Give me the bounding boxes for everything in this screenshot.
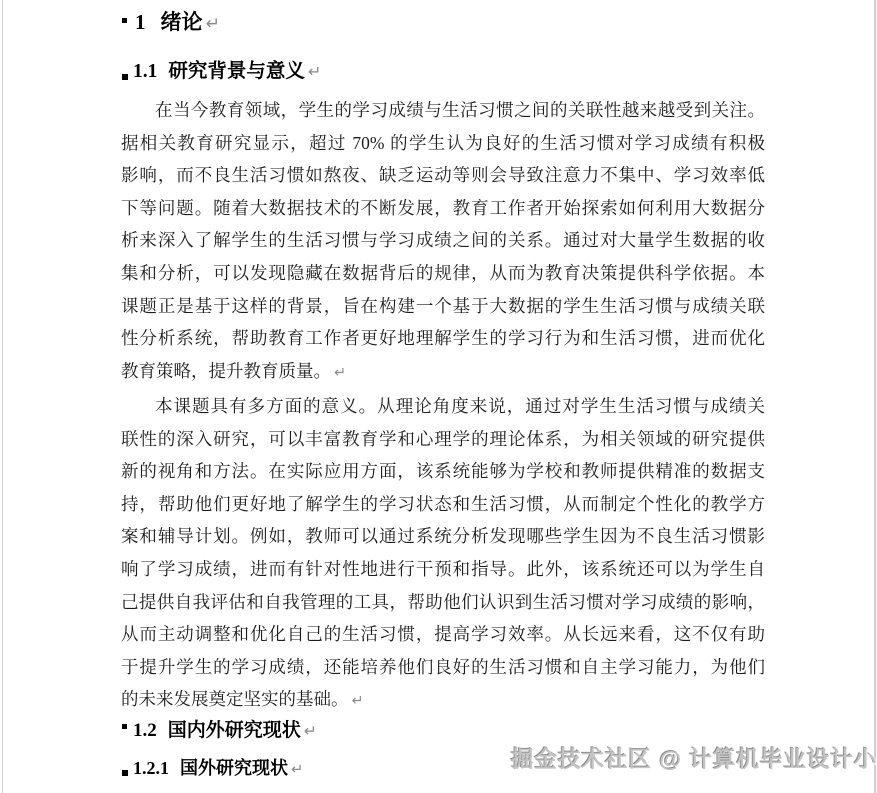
outline-bullet-icon bbox=[122, 74, 128, 80]
paragraph-line: 性分析系统，帮助教育工作者更好地理解学生的学习行为和生活习惯，进而优化 bbox=[121, 322, 765, 355]
paragraph-line: 课题正是基于这样的背景，旨在构建一个基于大数据的学生生活习惯与成绩关联 bbox=[121, 290, 765, 323]
paragraph-mark-icon: ↵ bbox=[304, 722, 317, 740]
paragraph-line: 下等问题。随着大数据技术的不断发展，教育工作者开始探索如何利用大数据分 bbox=[121, 192, 765, 225]
line-text: 持，帮助他们更好地了解学生的学习状态和生活习惯，从而制定个性化的教学方 bbox=[121, 494, 765, 514]
line-text: 性分析系统，帮助教育工作者更好地理解学生的学习行为和生活习惯，进而优化 bbox=[121, 328, 765, 348]
outline-bullet-icon bbox=[122, 724, 127, 729]
heading-1-2-1-foreign-status[interactable]: 1.2.1国外研究现状↵ bbox=[121, 754, 303, 784]
line-text: 集和分析，可以发现隐藏在数据背后的规律，从而为教育决策提供科学依据。本 bbox=[121, 263, 765, 283]
line-text: 从而主动调整和优化自己的生活习惯，提高学习效率。从长远来看，这不仅有助 bbox=[121, 624, 765, 644]
line-text: 据相关教育研究显示，超过 70% 的学生认为良好的生活习惯对学习成绩有积极 bbox=[121, 133, 765, 153]
paragraph-line: 案和辅导计划。例如，教师可以通过系统分析发现哪些学生因为不良生活习惯影 bbox=[121, 520, 765, 553]
paragraph-mark-icon: ↵ bbox=[291, 761, 303, 778]
line-text: 析来深入了解学生的生活习惯与学习成绩之间的关系。通过对大量学生数据的收 bbox=[121, 230, 765, 250]
line-text: 教育策略，提升教育质量。 bbox=[121, 361, 331, 381]
heading-number: 1.2 bbox=[133, 720, 157, 741]
line-text: 联性的深入研究，可以丰富教育学和心理学的理论体系，为相关领域的研究提供 bbox=[121, 429, 765, 449]
paragraph-line: 的未来发展奠定坚实的基础。↵ bbox=[121, 683, 765, 716]
document-page: 1绪论↵ 1.1研究背景与意义↵ 在当今教育领域，学生的学习成绩与生活习惯之间的… bbox=[0, 0, 877, 793]
line-text: 案和辅导计划。例如，教师可以通过系统分析发现哪些学生因为不良生活习惯影 bbox=[121, 526, 765, 546]
line-text: 己提供自我评估和自我管理的工具，帮助他们认识到生活习惯对学习成绩的影响， bbox=[121, 592, 765, 612]
paragraph-line: 己提供自我评估和自我管理的工具，帮助他们认识到生活习惯对学习成绩的影响， bbox=[121, 586, 765, 619]
paragraph-background[interactable]: 在当今教育领域，学生的学习成绩与生活习惯之间的关联性越来越受到关注。 据相关教育… bbox=[121, 94, 765, 387]
line-text: 影响，而不良生活习惯如熬夜、缺乏运动等则会导致注意力不集中、学习效率低 bbox=[121, 165, 765, 185]
paragraph-line: 教育策略，提升教育质量。↵ bbox=[121, 355, 765, 388]
outline-bullet-icon bbox=[122, 18, 127, 23]
heading-number: 1.1 bbox=[133, 61, 157, 82]
paragraph-line: 集和分析，可以发现隐藏在数据背后的规律，从而为教育决策提供科学依据。本 bbox=[121, 257, 765, 290]
paragraph-line: 本课题具有多方面的意义。从理论角度来说，通过对学生生活习惯与成绩关 bbox=[121, 390, 765, 423]
heading-title: 国内外研究现状 bbox=[168, 720, 301, 741]
heading-number: 1.2.1 bbox=[133, 758, 169, 778]
outline-bullet-icon bbox=[122, 770, 128, 776]
paragraph-line: 于提升学生的学习成绩，还能培养他们良好的生活习惯和自主学习能力，为他们 bbox=[121, 651, 765, 684]
heading-1-1-background[interactable]: 1.1研究背景与意义↵ bbox=[121, 57, 321, 86]
heading-1-intro[interactable]: 1绪论↵ bbox=[121, 8, 220, 38]
line-text: 本课题具有多方面的意义。从理论角度来说，通过对学生生活习惯与成绩关 bbox=[155, 396, 765, 416]
line-text: 于提升学生的学习成绩，还能培养他们良好的生活习惯和自主学习能力，为他们 bbox=[121, 657, 765, 677]
heading-title: 绪论 bbox=[161, 11, 203, 34]
paragraph-significance[interactable]: 本课题具有多方面的意义。从理论角度来说，通过对学生生活习惯与成绩关 联性的深入研… bbox=[121, 390, 765, 716]
paragraph-line: 新的视角和方法。在实际应用方面，该系统能够为学校和教师提供精准的数据支 bbox=[121, 455, 765, 488]
line-text: 在当今教育领域，学生的学习成绩与生活习惯之间的关联性越来越受到关注。 bbox=[155, 100, 765, 120]
heading-title: 国外研究现状 bbox=[180, 758, 288, 778]
paragraph-line: 联性的深入研究，可以丰富教育学和心理学的理论体系，为相关领域的研究提供 bbox=[121, 423, 765, 456]
line-text: 新的视角和方法。在实际应用方面，该系统能够为学校和教师提供精准的数据支 bbox=[121, 461, 765, 481]
paragraph-line: 在当今教育领域，学生的学习成绩与生活习惯之间的关联性越来越受到关注。 bbox=[121, 94, 765, 127]
watermark-text: 掘金技术社区 @ 计算机毕业设计小途 bbox=[511, 742, 877, 774]
paragraph-line: 影响，而不良生活习惯如熬夜、缺乏运动等则会导致注意力不集中、学习效率低 bbox=[121, 159, 765, 192]
line-text: 的未来发展奠定坚实的基础。 bbox=[121, 689, 349, 709]
heading-title: 研究背景与意义 bbox=[168, 60, 305, 82]
paragraph-mark-icon: ↵ bbox=[352, 693, 364, 709]
line-text: 下等问题。随着大数据技术的不断发展，教育工作者开始探索如何利用大数据分 bbox=[121, 198, 765, 218]
page-right-edge bbox=[874, 0, 876, 793]
paragraph-mark-icon: ↵ bbox=[334, 365, 346, 381]
heading-number: 1 bbox=[135, 10, 146, 34]
page-left-edge bbox=[2, 0, 3, 793]
paragraph-line: 据相关教育研究显示，超过 70% 的学生认为良好的生活习惯对学习成绩有积极 bbox=[121, 127, 765, 160]
line-text: 响了学习成绩，进而有针对性地进行干预和指导。此外，该系统还可以为学生自 bbox=[121, 559, 765, 579]
paragraph-line: 从而主动调整和优化自己的生活习惯，提高学习效率。从长远来看，这不仅有助 bbox=[121, 618, 765, 651]
line-text: 课题正是基于这样的背景，旨在构建一个基于大数据的学生生活习惯与成绩关联 bbox=[121, 296, 765, 316]
paragraph-line: 持，帮助他们更好地了解学生的学习状态和生活习惯，从而制定个性化的教学方 bbox=[121, 488, 765, 521]
heading-1-2-research-status[interactable]: 1.2国内外研究现状↵ bbox=[121, 717, 317, 745]
paragraph-mark-icon: ↵ bbox=[308, 62, 321, 81]
paragraph-mark-icon: ↵ bbox=[206, 14, 220, 34]
paragraph-line: 析来深入了解学生的生活习惯与学习成绩之间的关系。通过对大量学生数据的收 bbox=[121, 224, 765, 257]
paragraph-line: 响了学习成绩，进而有针对性地进行干预和指导。此外，该系统还可以为学生自 bbox=[121, 553, 765, 586]
